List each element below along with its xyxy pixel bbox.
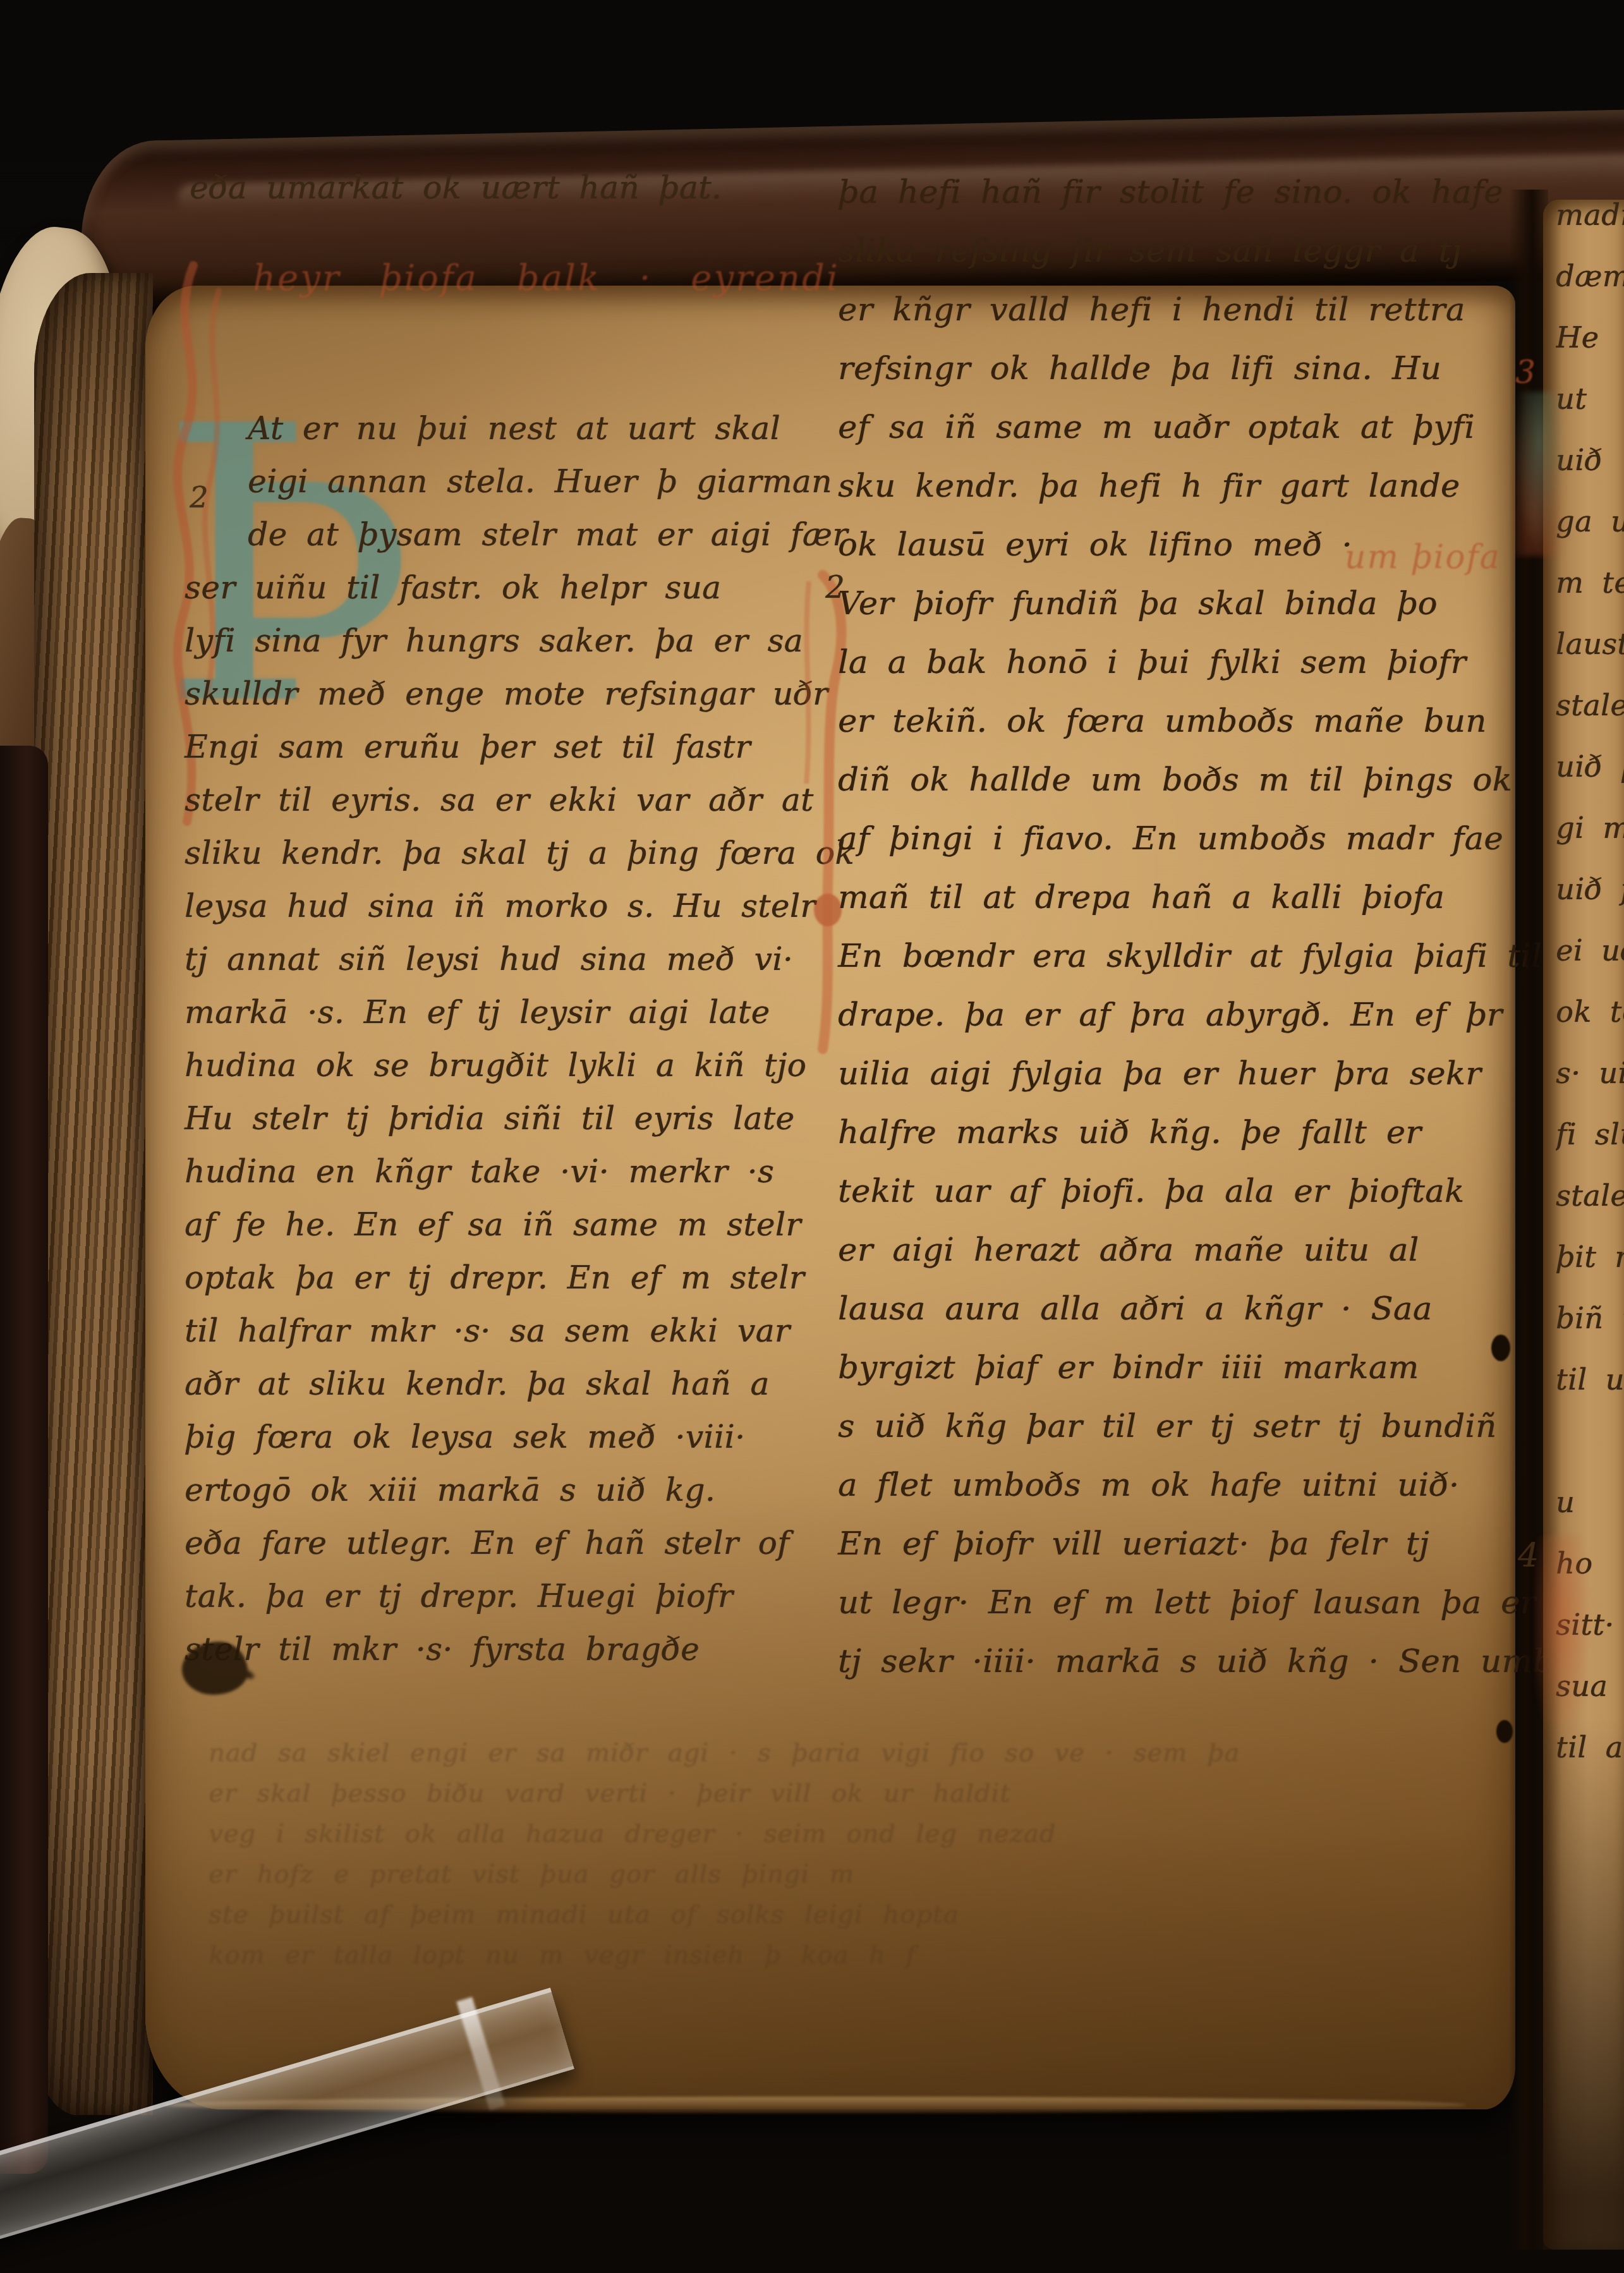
fragment-line: til uñ xyxy=(1556,1349,1624,1410)
fragment-line: ut xyxy=(1556,368,1624,430)
manuscript-line: markā ·s. En ef tj leysir aigi late xyxy=(185,986,756,1039)
fragment-line: ei ud xyxy=(1556,920,1624,981)
manuscript-line: ertogō ok xiii markā s uið kg. xyxy=(185,1464,756,1517)
manuscript-line: tj sekr ·iiii· markā s uið kñg · Sen umb… xyxy=(838,1632,1517,1691)
manuscript-line: a flet umboðs m ok hafe uitni uið· xyxy=(838,1456,1517,1515)
manuscript-line: þig fœra ok leysa sek með ·viii· xyxy=(185,1410,756,1464)
manuscript-line: er aigi herazt aðra mañe uitu al xyxy=(838,1221,1517,1280)
inline-rubric: um þiofa xyxy=(1345,538,1501,576)
fragment-line: ok to xyxy=(1556,981,1624,1043)
left-text-column: At er nu þui nest at uart skaleigi annan… xyxy=(185,402,756,1676)
faded-line: ste þuilst af þeim minadi uta of solks l… xyxy=(209,1894,1485,1935)
manuscript-line: slika refsing fir sem sañ leggr a tj xyxy=(838,222,1517,281)
manuscript-line: aðr at sliku kendr. þa skal hañ a xyxy=(185,1357,756,1410)
faded-line: nad sa skiel engi er sa miðr agi · s þar… xyxy=(209,1733,1485,1773)
faded-line: er skal þesso biðu vard verti · þeir vil… xyxy=(209,1773,1485,1814)
manuscript-line: tekit uar af þiofi. þa ala er þioftak xyxy=(838,1162,1517,1221)
fragment-line: stalet xyxy=(1556,675,1624,736)
manuscript-line: drape. þa er af þra abyrgð. En ef þr xyxy=(838,986,1517,1045)
manuscript-line: uilia aigi fylgia þa er huer þra sekr xyxy=(838,1045,1517,1103)
manuscript-line: En bœndr era skylldir at fylgia þiafi ti… xyxy=(838,927,1517,986)
manuscript-line: lyfi sina fyr hungrs saker. þa er sa xyxy=(185,614,756,667)
manuscript-line: halfre marks uið kñg. þe fallt er xyxy=(838,1103,1517,1162)
wormhole xyxy=(1491,1335,1510,1361)
manuscript-line: diñ ok hallde um boðs m til þings ok xyxy=(838,751,1517,809)
manuscript-line: ut legr· En ef m lett þiof lausan þa er xyxy=(838,1573,1517,1632)
manuscript-line: tak. þa er tj drepr. Huegi þiofr xyxy=(185,1570,756,1623)
chapter-rubric: heyr þiofa balk · eyrendi xyxy=(253,258,872,299)
manuscript-line: de at þysam stelr mat er aigi fær xyxy=(248,508,756,561)
fragment-line: ga ua xyxy=(1556,491,1624,552)
manuscript-photo: eða umarkat ok uært hañ þat. heyr þiofa … xyxy=(0,0,1624,2273)
margin-number-4: 4 xyxy=(1518,1537,1539,1575)
fragment-line: þit n xyxy=(1556,1227,1624,1288)
fragment-line: u xyxy=(1556,1472,1624,1533)
manuscript-line: eða fare utlegr. En ef hañ stelr of xyxy=(185,1517,756,1570)
manuscript-line: ser uiñu til fastr. ok helpr sua xyxy=(185,561,756,614)
manuscript-line: Engi sam eruñu þer set til fastr xyxy=(185,720,756,773)
manuscript-line: ef sa iñ same m uaðr optak at þyfi xyxy=(838,398,1517,457)
ghost-initial xyxy=(1514,392,1565,556)
fragment-line: uið f xyxy=(1556,859,1624,920)
manuscript-line: skulldr með enge mote refsingar uðr xyxy=(185,667,756,720)
manuscript-line: lausa aura alla aðri a kñgr · Saa xyxy=(838,1280,1517,1338)
manuscript-line: optak þa er tj drepr. En ef m stelr xyxy=(185,1251,756,1304)
fragment-line: biñ ua xyxy=(1556,1288,1624,1349)
faded-line: er hofz e pretat vist þua gor alls þingi… xyxy=(209,1854,1485,1894)
fragment-line: uið þe xyxy=(1556,736,1624,797)
book-cover-left xyxy=(0,746,48,2174)
fragment-line: uið xyxy=(1556,430,1624,491)
faded-footer-additions: nad sa skiel engi er sa miðr agi · s þar… xyxy=(209,1733,1485,1975)
manuscript-line: byrgizt þiaf er bindr iiii markam xyxy=(838,1338,1517,1397)
opening-line: eða umarkat ok uært hañ þat. xyxy=(190,169,722,206)
ink-blot xyxy=(182,1642,248,1695)
faded-line: veg i skilist ok alla hazua dreger · sei… xyxy=(209,1814,1485,1854)
manuscript-line: er tekiñ. ok fœra umboðs mañe bun xyxy=(838,692,1517,751)
manuscript-line: stelr til eyris. sa er ekki var aðr at xyxy=(185,773,756,827)
margin-number-3: 3 xyxy=(1515,354,1536,391)
fragment-line: s· uið xyxy=(1556,1043,1624,1104)
manuscript-line: sku kendr. þa hefi h fir gart lande xyxy=(838,457,1517,516)
fragment-line: madr· xyxy=(1556,185,1624,246)
manuscript-line: En ef þiofr vill ueriazt· þa felr tj xyxy=(838,1515,1517,1573)
manuscript-line: sliku kendr. þa skal tj a þing fœra ok xyxy=(185,827,756,880)
right-text-column: þa hefi hañ fir stolit fe sino. ok hafes… xyxy=(838,163,1517,1691)
manuscript-line: af þingi i fiavo. En umboðs madr fae xyxy=(838,809,1517,868)
manuscript-line: leysa hud sina iñ morko s. Hu stelr xyxy=(185,880,756,933)
faded-line: kom er talla lopt nu m vegr insieh þ koa… xyxy=(209,1935,1485,1975)
manuscript-line: refsingr ok hallde þa lifi sina. Hu xyxy=(838,339,1517,398)
page-stack-fore-edge xyxy=(34,273,153,2115)
manuscript-line: stelr til mkr ·s· fyrsta bragðe xyxy=(185,1623,756,1676)
fragment-line: fi slu xyxy=(1556,1104,1624,1165)
fragment-line: He xyxy=(1556,307,1624,368)
manuscript-line: til halfrar mkr ·s· sa sem ekki var xyxy=(185,1304,756,1357)
ghost-initial xyxy=(1534,1536,1591,1744)
fragment-line: stalet xyxy=(1556,1165,1624,1227)
fragment-line: dæma xyxy=(1556,246,1624,307)
manuscript-line: la a bak honō i þui fylki sem þiofr xyxy=(838,633,1517,692)
manuscript-line: hudina ok se brugðit lykli a kiñ tjo xyxy=(185,1039,756,1092)
manuscript-line: þa hefi hañ fir stolit fe sino. ok hafe xyxy=(838,163,1517,222)
manuscript-line: mañ til at drepa hañ a kalli þiofa xyxy=(838,868,1517,927)
manuscript-line: tj annat siñ leysi hud sina með vi· xyxy=(185,933,756,986)
fragment-line: laust xyxy=(1556,614,1624,675)
manuscript-line: Hu stelr tj þridia siñi til eyris late xyxy=(185,1092,756,1145)
fragment-line: gi mð xyxy=(1556,797,1624,859)
manuscript-line: eigi annan stela. Huer þ giarman xyxy=(248,455,756,508)
manuscript-line: af fe he. En ef sa iñ same m stelr xyxy=(185,1198,756,1251)
manuscript-line: er kñgr valld hefi i hendi til rettra xyxy=(838,281,1517,339)
manuscript-line: Ver þiofr fundiñ þa skal binda þo xyxy=(838,574,1517,633)
fragment-line: m tek xyxy=(1556,552,1624,614)
fragment-line xyxy=(1556,1410,1624,1472)
manuscript-line: At er nu þui nest at uart skal xyxy=(248,402,756,455)
manuscript-line: hudina en kñgr take ·vi· merkr ·s xyxy=(185,1145,756,1198)
manuscript-line: s uið kñg þar til er tj setr tj bundiñ xyxy=(838,1397,1517,1456)
